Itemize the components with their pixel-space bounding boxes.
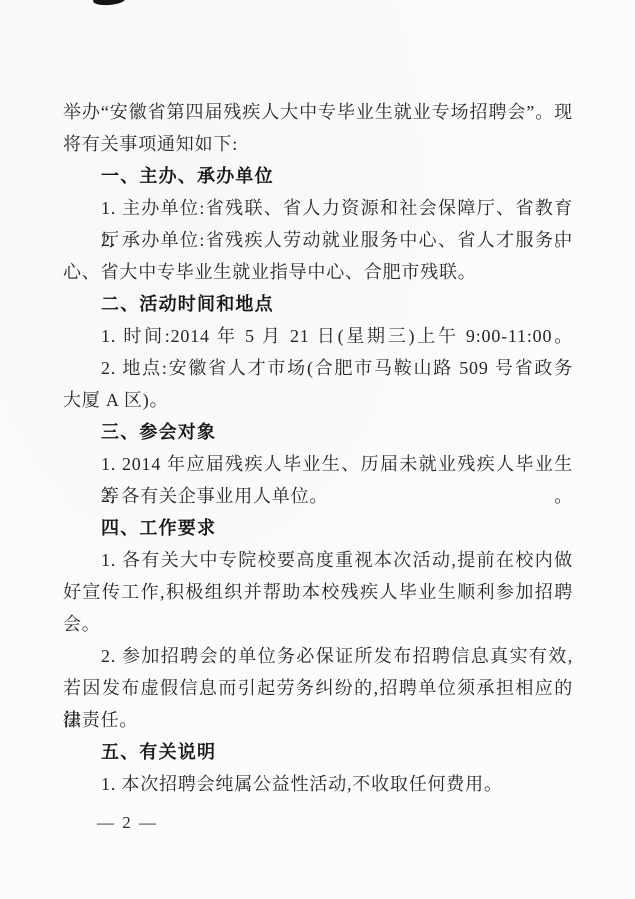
document-line: 若因发布虚假信息而引起劳务纠纷的,招聘单位须承担相应的法 xyxy=(63,672,573,704)
document-body: 举办“安徽省第四届残疾人大中专毕业生就业专场招聘会”。现将有关事项通知如下:一、… xyxy=(63,96,573,800)
document-line: 好宣传工作,积极组织并帮助本校残疾人毕业生顺利参加招聘 xyxy=(63,576,573,608)
section-heading: 五、有关说明 xyxy=(63,736,573,768)
document-line: 1. 各有关大中专院校要高度重视本次活动,提前在校内做 xyxy=(63,544,573,576)
document-line: 将有关事项通知如下: xyxy=(63,128,573,160)
document-line: 心、省大中专毕业生就业指导中心、合肥市残联。 xyxy=(63,256,573,288)
document-line: 律责任。 xyxy=(63,704,573,736)
document-line: 1. 主办单位:省残联、省人力资源和社会保障厅、省教育厅。 xyxy=(63,192,573,224)
document-line: 1. 2014 年应届残疾人毕业生、历届未就业残疾人毕业生等。 xyxy=(63,448,573,480)
section-heading: 三、参会对象 xyxy=(63,416,573,448)
document-line: 2. 参加招聘会的单位务必保证所发布招聘信息真实有效, xyxy=(63,640,573,672)
document-line: 1. 时间:2014 年 5 月 21 日(星期三)上午 9:00-11:00。 xyxy=(63,320,573,352)
document-line: 1. 本次招聘会纯属公益性活动,不收取任何费用。 xyxy=(63,768,573,800)
scan-mark xyxy=(93,0,126,6)
section-heading: 四、工作要求 xyxy=(63,512,573,544)
section-heading: 二、活动时间和地点 xyxy=(63,288,573,320)
page-number: — 2 — xyxy=(97,808,573,838)
section-heading: 一、主办、承办单位 xyxy=(63,160,573,192)
document-line: 会。 xyxy=(63,608,573,640)
document-line: 举办“安徽省第四届残疾人大中专毕业生就业专场招聘会”。现 xyxy=(63,96,573,128)
document-line: 2. 承办单位:省残疾人劳动就业服务中心、省人才服务中 xyxy=(63,224,573,256)
document-line: 2. 地点:安徽省人才市场(合肥市马鞍山路 509 号省政务 xyxy=(63,352,573,384)
document-page: 举办“安徽省第四届残疾人大中专毕业生就业专场招聘会”。现将有关事项通知如下:一、… xyxy=(0,0,635,899)
document-content: 举办“安徽省第四届残疾人大中专毕业生就业专场招聘会”。现将有关事项通知如下:一、… xyxy=(63,96,573,838)
document-line: 大厦 A 区)。 xyxy=(63,384,573,416)
